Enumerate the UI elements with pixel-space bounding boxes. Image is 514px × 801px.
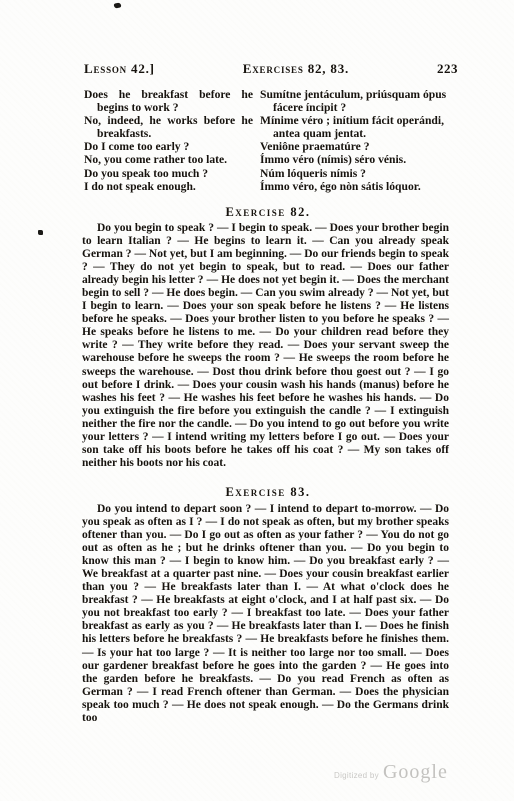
page-number: 223 — [437, 61, 458, 77]
running-header: Lesson 42.] Exercises 82, 83. 223 — [84, 61, 458, 77]
exercise-82-text: Do you begin to speak ? — I begin to spe… — [82, 222, 449, 470]
english-phrase: No, indeed, he works before he breakfast… — [84, 114, 260, 140]
english-phrase: I do not speak enough. — [84, 180, 260, 193]
phrase-row: No, indeed, he works before he breakfast… — [84, 114, 460, 140]
phrase-row: I do not speak enough. Ímmo véro, égo nò… — [84, 180, 460, 193]
latin-phrase: Ímmo véro (nímis) séro vénis. — [260, 153, 460, 166]
phrase-row: Do I come too early ? Veniône praematúre… — [84, 140, 460, 153]
english-phrase: Do you speak too much ? — [84, 167, 260, 180]
header-title: Exercises 82, 83. — [243, 61, 349, 77]
watermark-prefix: Digitized by — [334, 771, 379, 780]
phrase-row: No, you come rather too late. Ímmo véro … — [84, 153, 460, 166]
latin-phrase: Veniône praematúre ? — [260, 140, 460, 153]
phrase-row: Do you speak too much ? Núm lóqueris ním… — [84, 167, 460, 180]
google-logo: Google — [383, 761, 448, 784]
exercise-83-heading: Exercise 83. — [84, 485, 452, 500]
ink-speck — [38, 230, 43, 235]
latin-phrase: Ímmo véro, égo nòn sátis lóquor. — [260, 180, 460, 193]
digitized-watermark: Digitized by Google — [334, 761, 448, 784]
latin-phrase: Núm lóqueris nímis ? — [260, 167, 460, 180]
ink-speck — [113, 2, 121, 9]
english-phrase: Do I come too early ? — [84, 140, 260, 153]
latin-phrase: Sumítne jentáculum, priúsquam ópus fácer… — [260, 88, 460, 114]
phrase-table: Does he breakfast before he begins to wo… — [84, 88, 460, 193]
exercise-82-heading: Exercise 82. — [84, 205, 452, 220]
scanned-book-page: Lesson 42.] Exercises 82, 83. 223 Does h… — [0, 0, 514, 801]
exercise-83-text: Do you intend to depart soon ? — I inten… — [82, 503, 449, 725]
latin-phrase: Mínime véro ; inítium fácit operándi, an… — [260, 114, 460, 140]
english-phrase: No, you come rather too late. — [84, 153, 260, 166]
lesson-label: Lesson 42.] — [84, 61, 155, 77]
english-phrase: Does he breakfast before he begins to wo… — [84, 88, 260, 114]
phrase-row: Does he breakfast before he begins to wo… — [84, 88, 460, 114]
